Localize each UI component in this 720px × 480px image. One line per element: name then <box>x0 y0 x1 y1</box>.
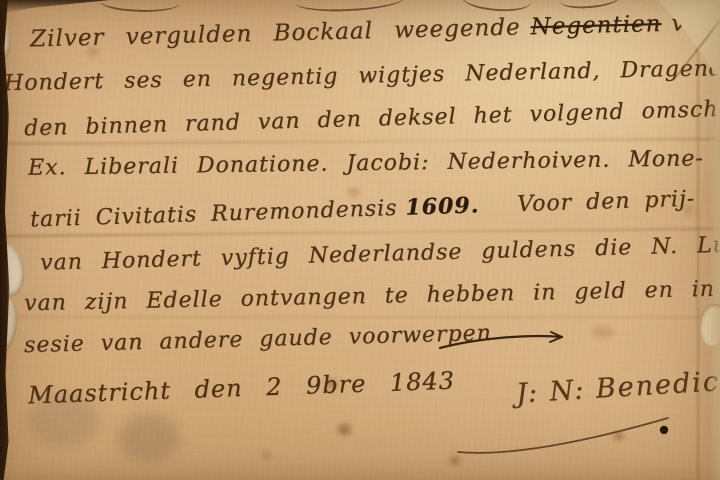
photo-edge-top-left <box>0 0 110 14</box>
manuscript-line-4: Ex. Liberali Donatione. Jacobi: Nederhoi… <box>28 146 704 180</box>
stain <box>614 432 623 440</box>
signature: J: N: Benedict <box>515 365 720 409</box>
manuscript-line-1: Zilver vergulden Bockaal weegendeNegenti… <box>30 10 720 53</box>
manuscript-line-7: van zijn Edelle ontvangen te hebben in g… <box>24 277 715 316</box>
pen-flourish-arrow <box>438 328 578 354</box>
paper-fold-highlight <box>709 0 720 480</box>
stain <box>44 126 53 133</box>
line5-continuation: Voor den prij- <box>517 187 696 218</box>
pen-stroke-remnant <box>294 0 405 14</box>
pencil-smudge <box>118 414 180 462</box>
stain <box>88 48 98 55</box>
manuscript-line-5: tarii Civitatis Ruremondensis1609.Voor d… <box>30 186 696 233</box>
stain <box>450 456 460 465</box>
crease-line-vertical <box>697 0 699 480</box>
manuscript-line-2: Hondert ses en negentig wigtjes Nederlan… <box>4 55 720 96</box>
struck-out-word: Negentien <box>530 11 662 40</box>
inscription-year: 1609. <box>405 192 480 220</box>
manuscript-dateline-row: Maastricht den 2 9bre 1843 J: N: Benedic… <box>28 372 720 403</box>
stain <box>338 424 351 435</box>
stain <box>262 452 270 459</box>
manuscript-line-3: den binnen rand van den deksel het volge… <box>24 96 720 142</box>
pen-stroke-remnant <box>461 0 533 15</box>
manuscript-line-6: van Hondert vyftig Nederlandse guldens d… <box>40 231 720 275</box>
line1-text: Zilver vergulden Bockaal weegende <box>30 14 521 52</box>
stain <box>684 206 694 214</box>
crease-line <box>0 316 720 318</box>
manuscript-line-8: sesie van andere gaude voorwerpen <box>24 321 492 358</box>
pencil-smudge <box>28 394 100 446</box>
pen-stroke-remnant <box>99 0 180 15</box>
latin-inscription-end: tarii Civitatis Ruremondensis <box>30 196 398 233</box>
stain <box>328 380 336 388</box>
stain <box>348 188 360 197</box>
signature-flourish <box>452 406 687 458</box>
pen-stroke-remnant <box>559 0 620 11</box>
stain <box>592 326 614 338</box>
manuscript-photo: Zilver vergulden Bockaal weegendeNegenti… <box>0 0 720 480</box>
paper-chip <box>696 302 720 348</box>
